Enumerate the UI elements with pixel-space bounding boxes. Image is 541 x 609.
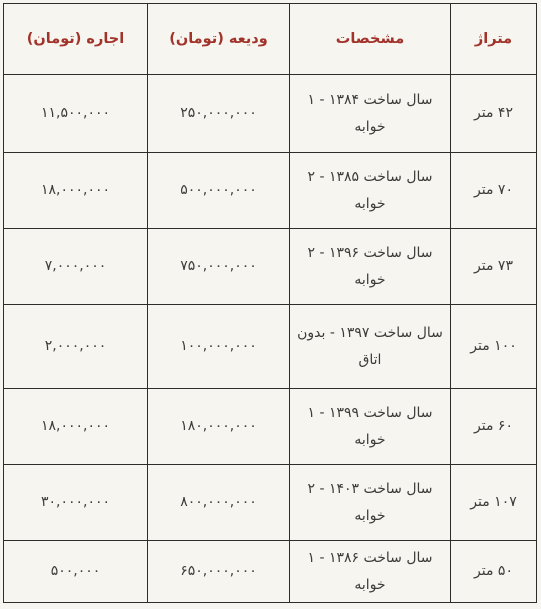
cell-rent: ۷,۰۰۰,۰۰۰ (4, 229, 148, 305)
col-header-specs: مشخصات (290, 4, 451, 75)
cell-area: ۷۳ متر (451, 229, 537, 305)
cell-rent: ۱۸,۰۰۰,۰۰۰ (4, 389, 148, 465)
table-row: ۷۰ متر سال ساخت ۱۳۸۵ - ۲ خوابه ۵۰۰,۰۰۰,۰… (4, 153, 537, 229)
col-header-area: متراژ (451, 4, 537, 75)
cell-area: ۱۰۷ متر (451, 465, 537, 541)
cell-specs: سال ساخت ۱۳۸۵ - ۲ خوابه (290, 153, 451, 229)
cell-specs: سال ساخت ۱۳۹۹ - ۱ خوابه (290, 389, 451, 465)
table-row: ۵۰ متر سال ساخت ۱۳۸۶ - ۱ خوابه ۶۵۰,۰۰۰,۰… (4, 541, 537, 603)
cell-deposit: ۲۵۰,۰۰۰,۰۰۰ (148, 75, 290, 153)
cell-deposit: ۸۰۰,۰۰۰,۰۰۰ (148, 465, 290, 541)
header-row: متراژ مشخصات ودیعه (تومان) اجاره (تومان) (4, 4, 537, 75)
cell-area: ۴۲ متر (451, 75, 537, 153)
table-row: ۴۲ متر سال ساخت ۱۳۸۴ - ۱ خوابه ۲۵۰,۰۰۰,۰… (4, 75, 537, 153)
cell-deposit: ۶۵۰,۰۰۰,۰۰۰ (148, 541, 290, 603)
cell-deposit: ۷۵۰,۰۰۰,۰۰۰ (148, 229, 290, 305)
cell-specs: سال ساخت ۱۳۹۷ - بدون اتاق (290, 305, 451, 389)
cell-specs: سال ساخت ۱۳۸۴ - ۱ خوابه (290, 75, 451, 153)
table-row: ۶۰ متر سال ساخت ۱۳۹۹ - ۱ خوابه ۱۸۰,۰۰۰,۰… (4, 389, 537, 465)
table-row: ۱۰۰ متر سال ساخت ۱۳۹۷ - بدون اتاق ۱۰۰,۰۰… (4, 305, 537, 389)
cell-rent: ۵۰۰,۰۰۰ (4, 541, 148, 603)
rent-listing-table: متراژ مشخصات ودیعه (تومان) اجاره (تومان)… (3, 3, 537, 603)
cell-deposit: ۵۰۰,۰۰۰,۰۰۰ (148, 153, 290, 229)
cell-deposit: ۱۰۰,۰۰۰,۰۰۰ (148, 305, 290, 389)
table-row: ۷۳ متر سال ساخت ۱۳۹۶ - ۲ خوابه ۷۵۰,۰۰۰,۰… (4, 229, 537, 305)
cell-rent: ۱۸,۰۰۰,۰۰۰ (4, 153, 148, 229)
rent-listing-table-container: متراژ مشخصات ودیعه (تومان) اجاره (تومان)… (0, 0, 541, 606)
cell-area: ۵۰ متر (451, 541, 537, 603)
cell-area: ۱۰۰ متر (451, 305, 537, 389)
cell-specs: سال ساخت ۱۳۹۶ - ۲ خوابه (290, 229, 451, 305)
cell-specs: سال ساخت ۱۳۸۶ - ۱ خوابه (290, 541, 451, 603)
table-row: ۱۰۷ متر سال ساخت ۱۴۰۳ - ۲ خوابه ۸۰۰,۰۰۰,… (4, 465, 537, 541)
col-header-deposit: ودیعه (تومان) (148, 4, 290, 75)
cell-rent: ۱۱,۵۰۰,۰۰۰ (4, 75, 148, 153)
cell-rent: ۲,۰۰۰,۰۰۰ (4, 305, 148, 389)
cell-area: ۷۰ متر (451, 153, 537, 229)
cell-deposit: ۱۸۰,۰۰۰,۰۰۰ (148, 389, 290, 465)
cell-area: ۶۰ متر (451, 389, 537, 465)
cell-specs: سال ساخت ۱۴۰۳ - ۲ خوابه (290, 465, 451, 541)
col-header-rent: اجاره (تومان) (4, 4, 148, 75)
cell-rent: ۳۰,۰۰۰,۰۰۰ (4, 465, 148, 541)
